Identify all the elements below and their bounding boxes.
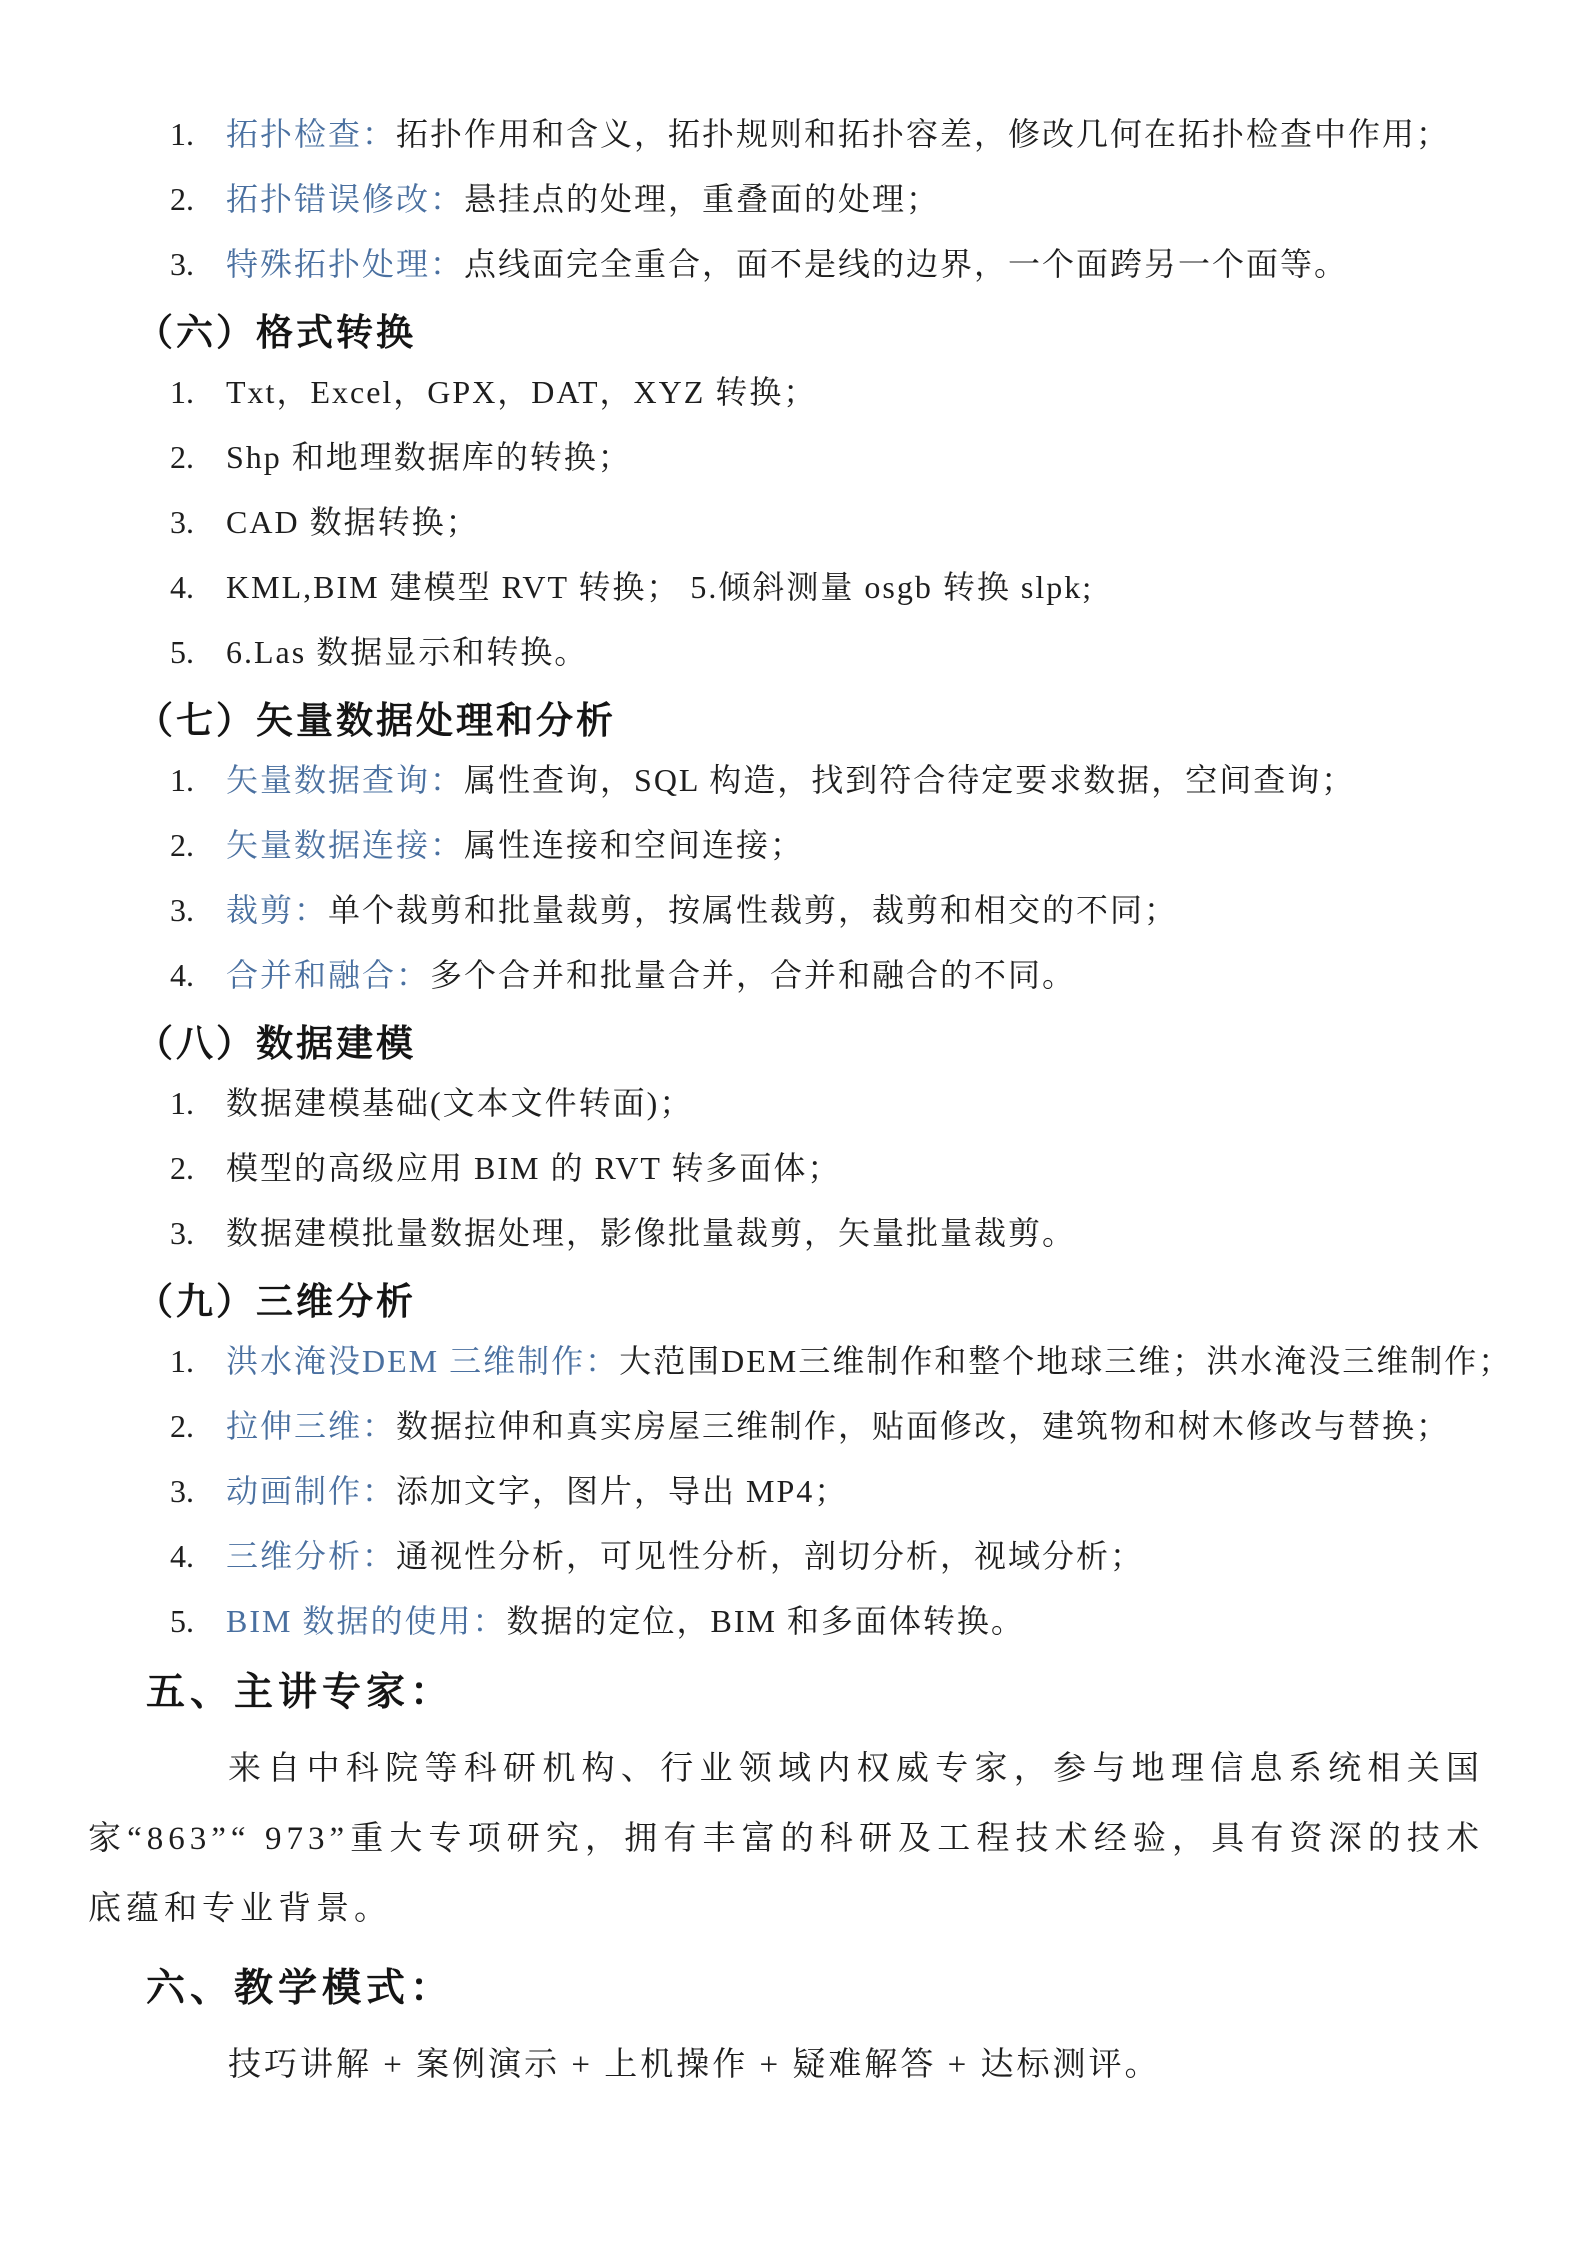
item-term: 动画制作： [226,1473,396,1509]
item-text: 属性查询，SQL 构造，找到符合待定要求数据，空间查询； [464,762,1355,798]
item-text: 属性连接和空间连接； [464,827,804,863]
item-text: 数据的定位，BIM 和多面体转换。 [506,1603,1024,1639]
item-term: 特殊拓扑处理： [226,246,464,282]
list-item: 4.KML,BIM 建模型 RVT 转换； 5.倾斜测量 osgb 转换 slp… [0,565,1588,610]
item-number: 3. [170,242,226,287]
list-item: 5.BIM 数据的使用：数据的定位，BIM 和多面体转换。 [0,1599,1588,1644]
section-heading: （八）数据建模 [136,1018,1588,1072]
item-term: 三维分析： [226,1538,396,1574]
item-text: 6.Las 数据显示和转换。 [226,634,588,670]
item-number: 5. [170,630,226,675]
item-text: 模型的高级应用 BIM 的 RVT 转多面体； [226,1150,841,1186]
chapter-heading: 五、主讲专家： [146,1664,1588,1722]
paragraph: 技巧讲解 + 案例演示 + 上机操作 + 疑难解答 + 达标测评。 [88,2030,1484,2100]
item-term: 矢量数据连接： [226,827,464,863]
list-item: 4.合并和融合：多个合并和批量合并，合并和融合的不同。 [0,953,1588,998]
item-text: 拓扑作用和含义，拓扑规则和拓扑容差，修改几何在拓扑检查中作用； [396,116,1450,152]
item-number: 4. [170,953,226,998]
item-text: Txt，Excel，GPX，DAT，XYZ 转换； [226,374,817,410]
item-text: 悬挂点的处理，重叠面的处理； [464,181,940,217]
list-item: 3.数据建模批量数据处理，影像批量裁剪，矢量批量裁剪。 [0,1211,1588,1256]
item-number: 1. [170,1339,226,1384]
item-number: 2. [170,823,226,868]
item-text: 数据拉伸和真实房屋三维制作，贴面修改，建筑物和树木修改与替换； [396,1408,1450,1444]
list-item: 2.拓扑错误修改：悬挂点的处理，重叠面的处理； [0,177,1588,222]
item-text: 数据建模批量数据处理，影像批量裁剪，矢量批量裁剪。 [226,1215,1076,1251]
item-text: 多个合并和批量合并，合并和融合的不同。 [430,957,1076,993]
list-item: 2.Shp 和地理数据库的转换； [0,435,1588,480]
item-number: 1. [170,1081,226,1126]
item-term: 合并和融合： [226,957,430,993]
list-item: 2.拉伸三维：数据拉伸和真实房屋三维制作，贴面修改，建筑物和树木修改与替换； [0,1404,1588,1449]
item-number: 1. [170,370,226,415]
item-text: 大范围DEM三维制作和整个地球三维；洪水淹没三维制作； [619,1343,1512,1379]
item-number: 2. [170,1404,226,1449]
item-term: BIM 数据的使用： [226,1603,506,1639]
item-term: 矢量数据查询： [226,762,464,798]
item-number: 2. [170,1146,226,1191]
item-text: Shp 和地理数据库的转换； [226,439,632,475]
list-item: 3.裁剪：单个裁剪和批量裁剪，按属性裁剪，裁剪和相交的不同； [0,888,1588,933]
item-number: 1. [170,758,226,803]
item-text: 添加文字，图片，导出 MP4； [396,1473,848,1509]
item-text: 单个裁剪和批量裁剪，按属性裁剪，裁剪和相交的不同； [328,892,1178,928]
item-number: 3. [170,1211,226,1256]
list-item: 3.CAD 数据转换； [0,500,1588,545]
list-item: 2.模型的高级应用 BIM 的 RVT 转多面体； [0,1146,1588,1191]
chapter-heading: 六、教学模式： [146,1960,1588,2018]
list-item: 2.矢量数据连接：属性连接和空间连接； [0,823,1588,868]
list-item: 3.动画制作：添加文字，图片，导出 MP4； [0,1469,1588,1514]
section-heading: （七）矢量数据处理和分析 [136,695,1588,749]
item-number: 4. [170,1534,226,1579]
item-term: 拓扑检查： [226,116,396,152]
item-number: 2. [170,177,226,222]
list-item: 1.Txt，Excel，GPX，DAT，XYZ 转换； [0,370,1588,415]
item-text: 点线面完全重合，面不是线的边界，一个面跨另一个面等。 [464,246,1348,282]
item-term: 裁剪： [226,892,328,928]
list-item: 1.数据建模基础(文本文件转面)； [0,1081,1588,1126]
item-text: 通视性分析，可见性分析，剖切分析，视域分析； [396,1538,1144,1574]
document-page: 1.拓扑检查：拓扑作用和含义，拓扑规则和拓扑容差，修改几何在拓扑检查中作用；2.… [0,0,1588,2100]
list-item: 1.拓扑检查：拓扑作用和含义，拓扑规则和拓扑容差，修改几何在拓扑检查中作用； [0,112,1588,157]
section-heading: （六）格式转换 [136,307,1588,361]
list-item: 4.三维分析：通视性分析，可见性分析，剖切分析，视域分析； [0,1534,1588,1579]
item-number: 3. [170,500,226,545]
item-number: 4. [170,565,226,610]
item-text: KML,BIM 建模型 RVT 转换； 5.倾斜测量 osgb 转换 slpk; [226,569,1093,605]
item-term: 洪水淹没DEM 三维制作： [226,1343,619,1379]
list-item: 3.特殊拓扑处理：点线面完全重合，面不是线的边界，一个面跨另一个面等。 [0,242,1588,287]
item-text: 数据建模基础(文本文件转面)； [226,1085,693,1121]
item-number: 1. [170,112,226,157]
item-term: 拓扑错误修改： [226,181,464,217]
item-term: 拉伸三维： [226,1408,396,1444]
section-heading: （九）三维分析 [136,1276,1588,1330]
item-number: 2. [170,435,226,480]
list-item: 1.洪水淹没DEM 三维制作：大范围DEM三维制作和整个地球三维；洪水淹没三维制… [0,1339,1588,1384]
item-number: 5. [170,1599,226,1644]
item-number: 3. [170,1469,226,1514]
list-item: 5.6.Las 数据显示和转换。 [0,630,1588,675]
paragraph: 来自中科院等科研机构、行业领域内权威专家，参与地理信息系统相关国家“863”“ … [88,1734,1484,1944]
list-item: 1.矢量数据查询：属性查询，SQL 构造，找到符合待定要求数据，空间查询； [0,758,1588,803]
item-number: 3. [170,888,226,933]
item-text: CAD 数据转换； [226,504,480,540]
